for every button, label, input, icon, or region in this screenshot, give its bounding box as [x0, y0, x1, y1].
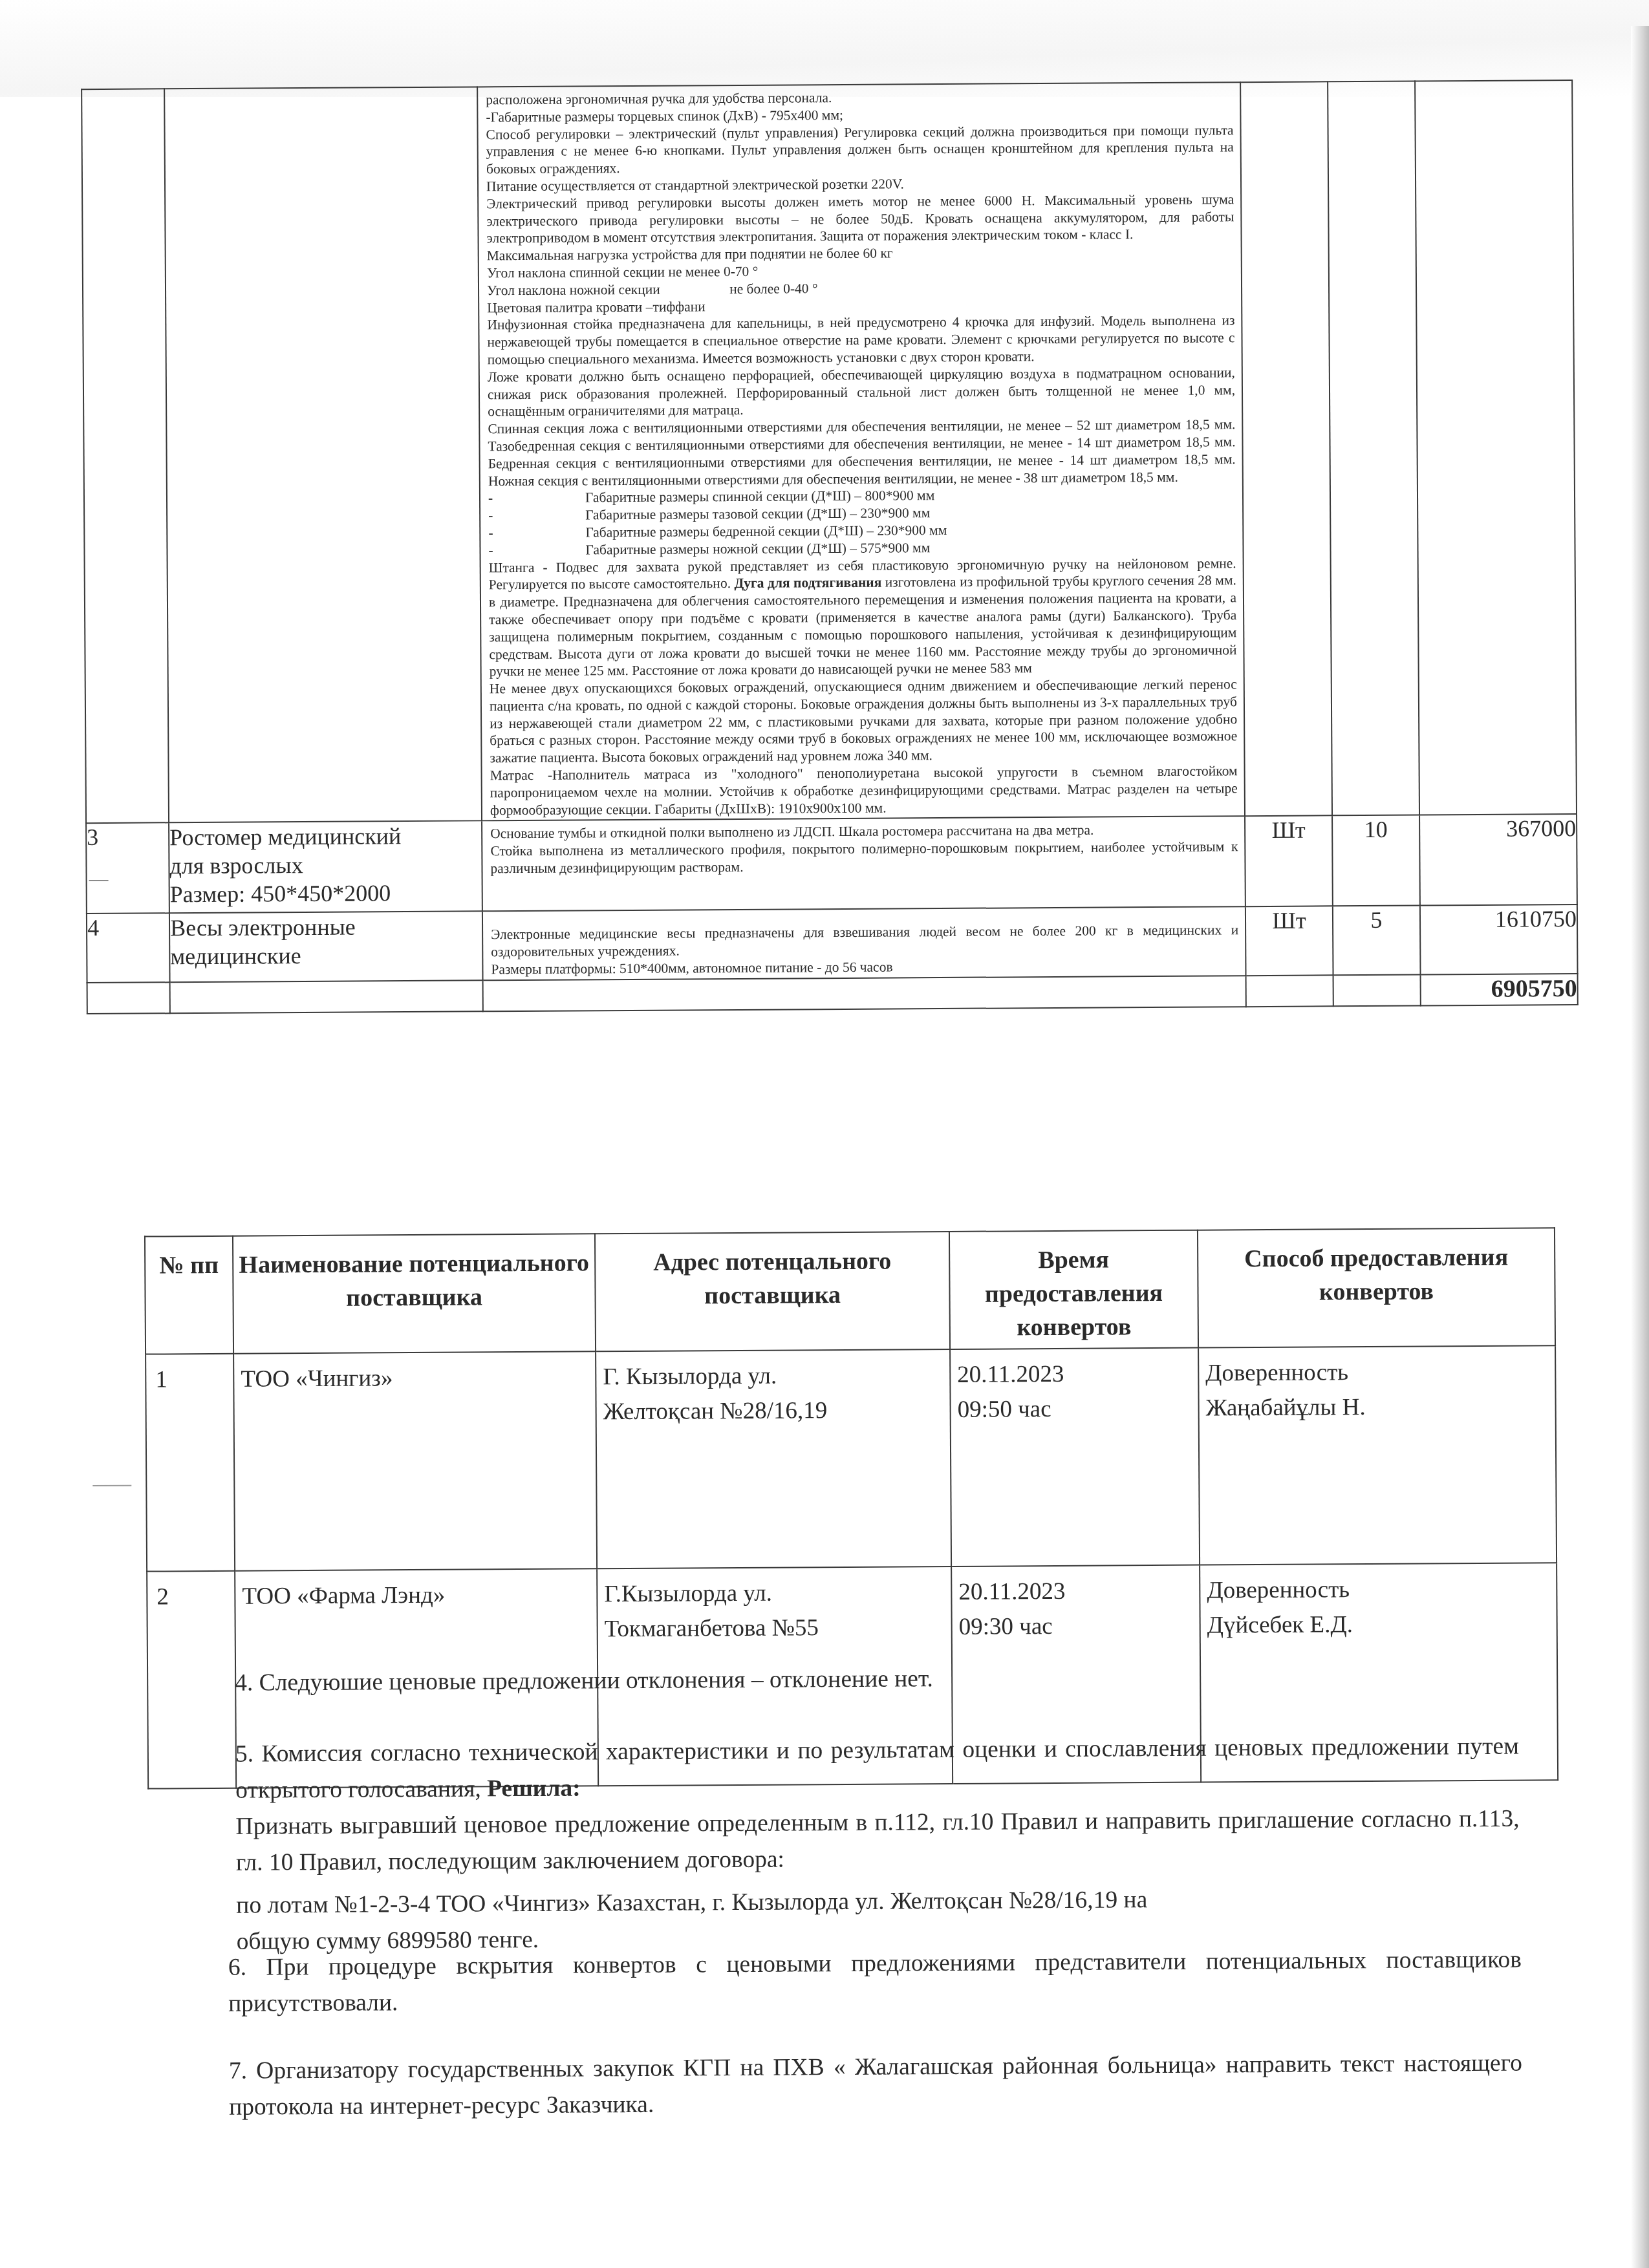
decision-label: Решила: [487, 1775, 581, 1802]
spec-line: Инфузионная стойка предназначена для кап… [487, 312, 1234, 369]
margin-mark [92, 1472, 131, 1486]
paragraph-7: 7. Организатору государственных закупок … [229, 2046, 1523, 2126]
cell-description: расположена эргономичная ручка для удобс… [477, 82, 1245, 821]
item-number: 3 [86, 823, 169, 914]
spec-line: Электрический привод регулировки высоты … [486, 191, 1234, 247]
cell-unit [1240, 81, 1332, 816]
item-amount: 1610750 [1420, 905, 1578, 975]
total-amount: 6905750 [1421, 974, 1578, 1005]
spec-line: Способ регулировки – электрический (пуль… [486, 122, 1233, 178]
cell-name [164, 87, 482, 822]
paragraph-6: 6. При процедуре вскрытия конвертов с це… [228, 1942, 1522, 2022]
suppliers-table: № пп Наименование потенциального поставщ… [144, 1227, 1558, 1789]
table-row: 4 Весы электронные медицинские Электронн… [87, 905, 1578, 983]
suppliers-header-row: № пп Наименование потенциального поставщ… [145, 1228, 1555, 1354]
cell-qty [1328, 81, 1419, 816]
spec-mattress-paragraph: Матрас -Наполнитель матраса из "холодног… [490, 762, 1238, 818]
supplier-num: 1 [145, 1354, 235, 1572]
cell-amount [1415, 80, 1577, 815]
table-row: 3 Ростомер медицинский для взрослых Разм… [86, 815, 1577, 914]
decision-text: Признать выгравший ценовое предложение о… [235, 1801, 1520, 1881]
header-submission-time: Время предоставления конвертов [949, 1230, 1198, 1349]
spec-bar-paragraph: Штанга - Подвес для захвата рукой предст… [489, 555, 1237, 681]
table-row: 1 ТОО «Чингиз» Г. Кызылорда ул. Желтоқса… [145, 1345, 1557, 1571]
item-description: Основание тумбы и откидной полки выполне… [482, 817, 1245, 912]
item-qty: 10 [1332, 815, 1420, 906]
item-name: Весы электронные медицинские [169, 912, 483, 982]
header-supplier-address: Адрес потенцального поставщика [595, 1232, 950, 1351]
submission-time: 20.11.2023 09:50 час [950, 1348, 1200, 1567]
spec-line: Спинная секция ложа с вентиляционными от… [488, 416, 1236, 489]
item-amount: 367000 [1419, 815, 1577, 906]
item-name: Ростомер медицинский для взрослых Размер… [169, 821, 482, 914]
document-page: расположена эргономичная ручка для удобс… [0, 0, 1649, 2268]
spec-rails-paragraph: Не менее двух опускающихся боковых ограж… [490, 676, 1238, 767]
supplier-address: Г. Кызылорда ул. Желтоқсан №28/16,19 [596, 1349, 951, 1568]
header-supplier-name: Наименование потенциального поставщика [233, 1234, 596, 1353]
item-qty: 5 [1333, 906, 1421, 975]
supplier-name: ТОО «Чингиз» [233, 1351, 597, 1570]
item-description: Электронные медицинские весы предназначе… [482, 907, 1246, 981]
table-row-continued: расположена эргономичная ручка для удобс… [81, 80, 1577, 824]
item-unit: Шт [1245, 906, 1333, 976]
submission-method: Доверенность Жаңабайұлы Н. [1198, 1345, 1557, 1565]
cell-num [81, 89, 169, 823]
item-number: 4 [87, 914, 170, 983]
header-submission-method: Способ предоставления конвертов [1198, 1228, 1555, 1347]
supplier-num: 2 [147, 1571, 236, 1789]
header-num: № пп [145, 1236, 233, 1354]
spec-line: Ложе кровати должно быть оснащено перфор… [488, 364, 1235, 420]
margin-mark [89, 871, 109, 881]
paragraph-5: 5. Комиссия согласно технической характе… [235, 1729, 1520, 1960]
specification-table: расположена эргономичная ручка для удобс… [81, 80, 1579, 1014]
item-unit: Шт [1245, 816, 1333, 907]
